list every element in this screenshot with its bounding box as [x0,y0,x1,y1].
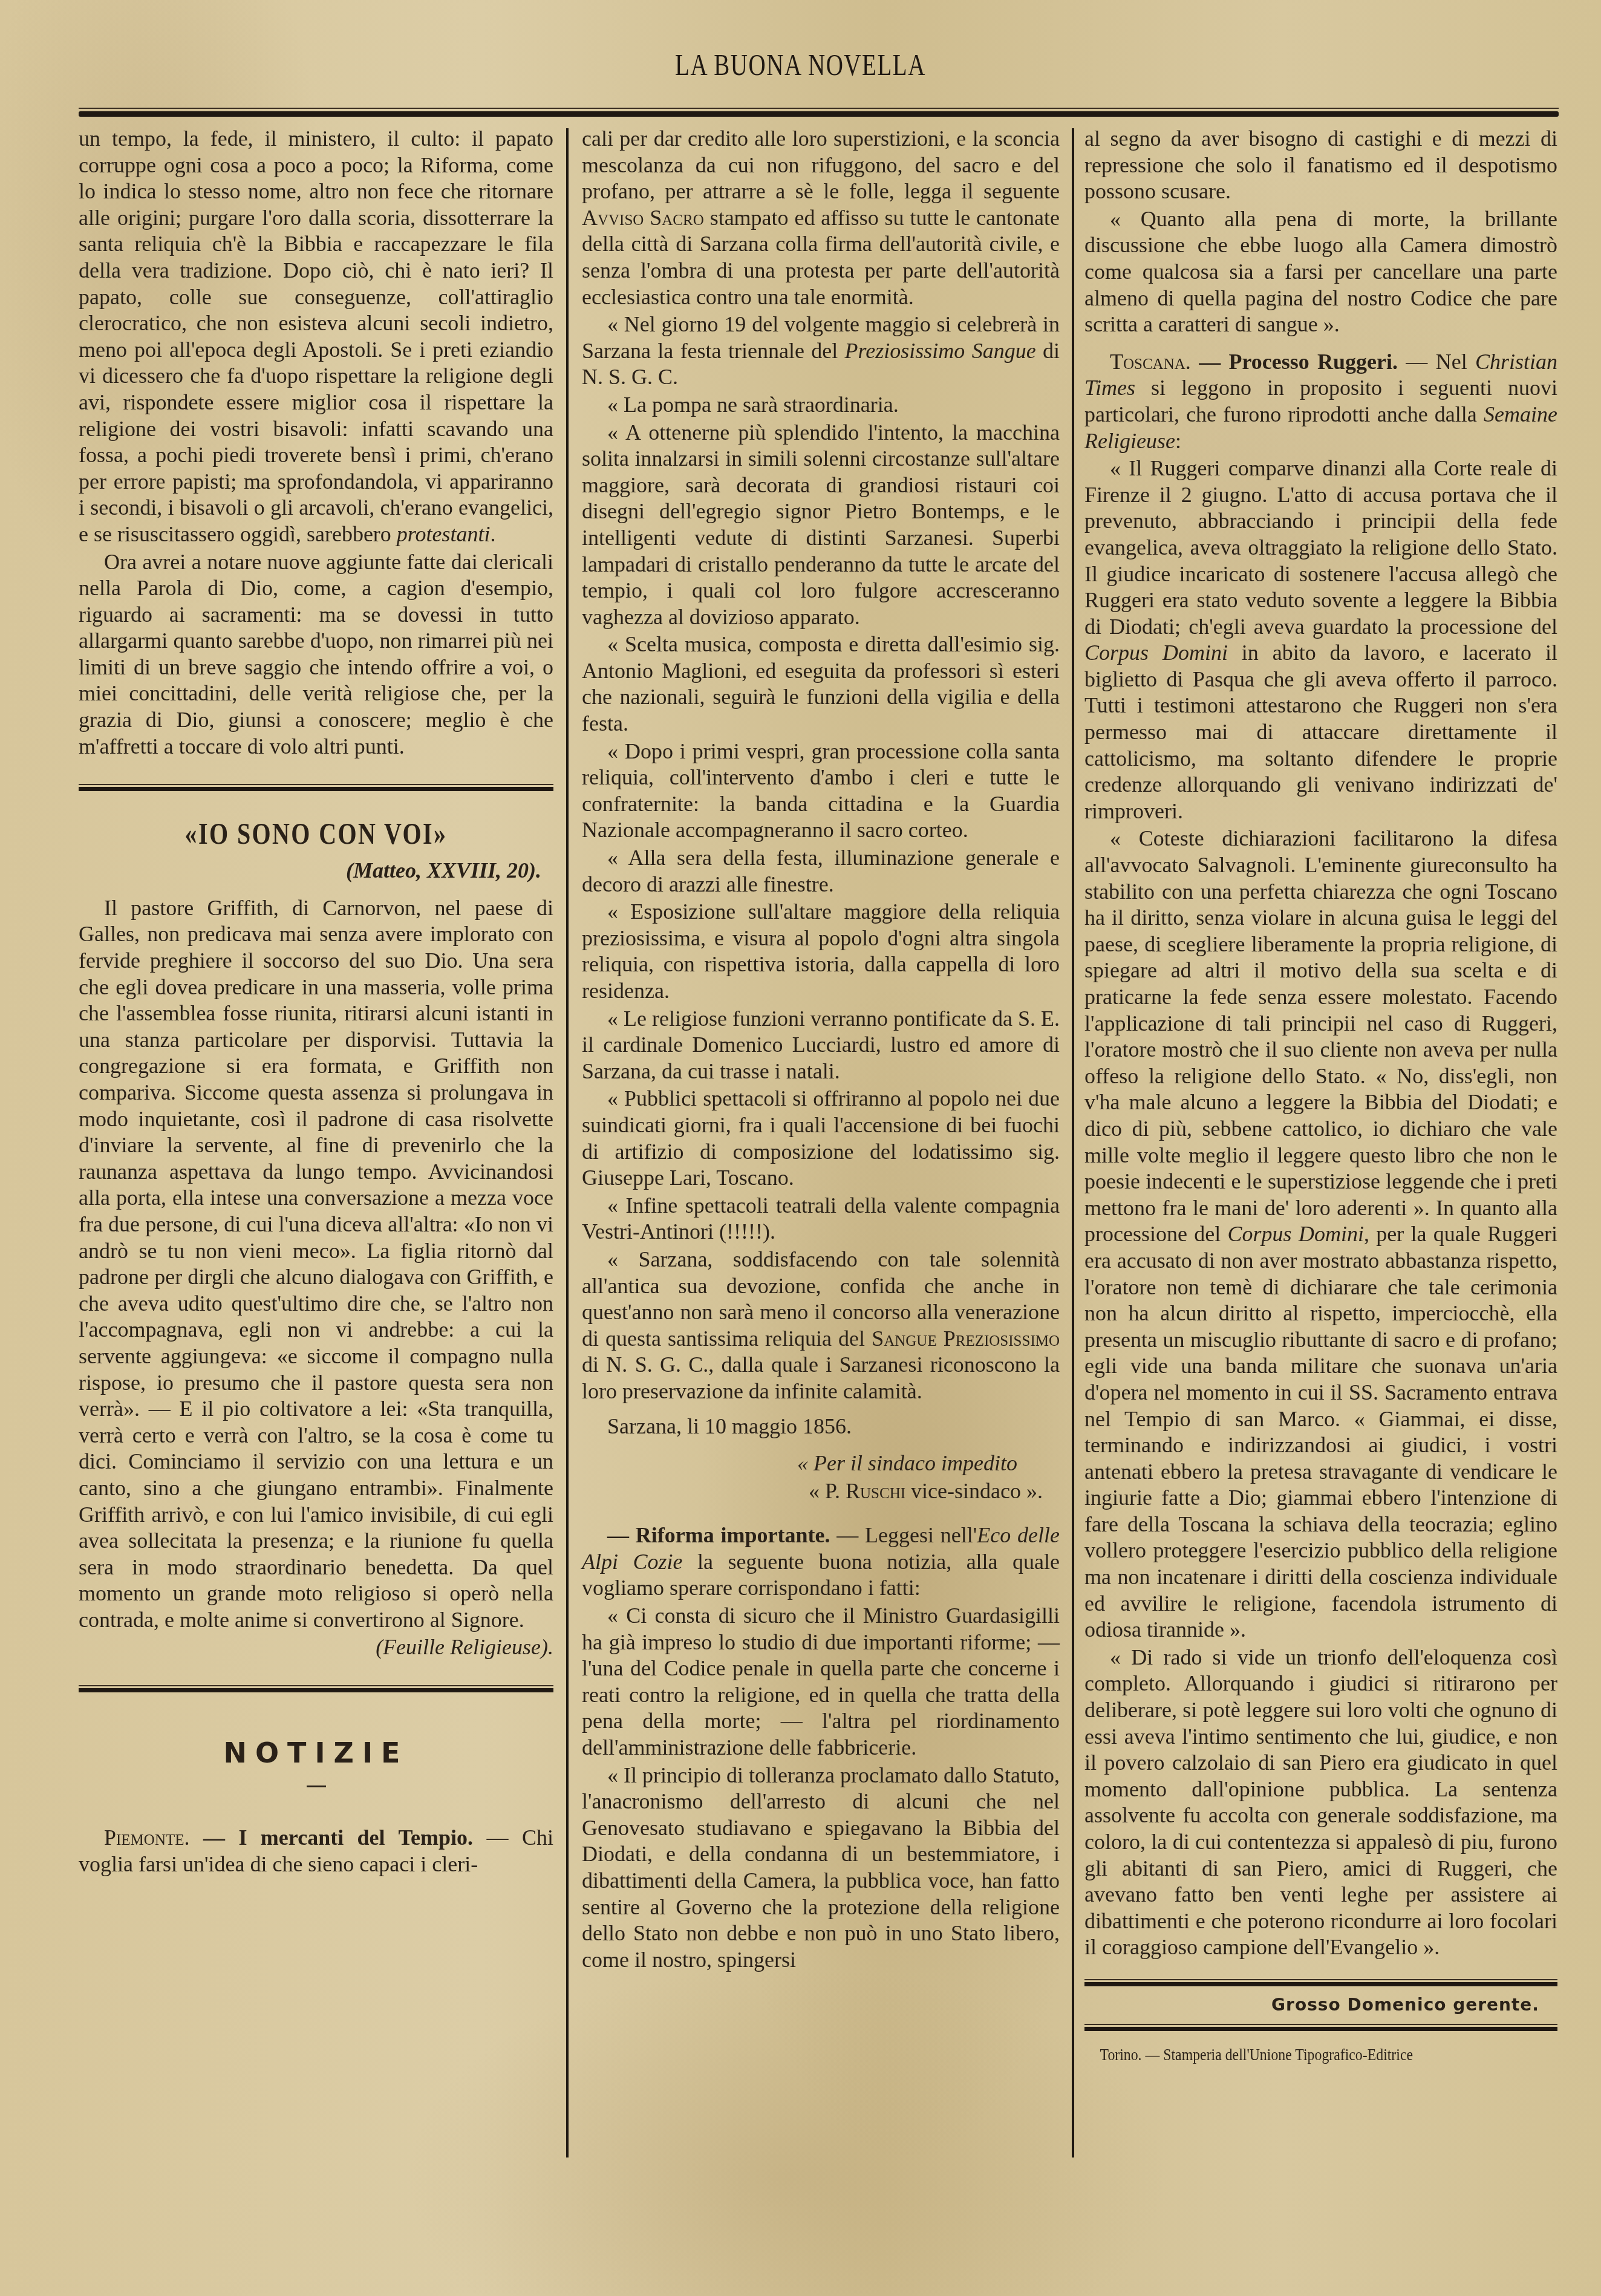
news-headline: — Riforma importante. [607,1523,830,1547]
quoted-paragraph: « Pubblici spettacoli si offriranno al p… [582,1086,1060,1191]
column-middle: cali per dar credito alle loro superstiz… [582,126,1060,1973]
quoted-paragraph: « Ci consta di sicuro che il Ministro Gu… [582,1603,1060,1761]
news-item-piemonte: Piemonte. — I mercanti del Tempio. — Chi… [79,1825,553,1877]
quoted-paragraph: « La pompa ne sarà straordinaria. [582,392,1060,419]
section-rule [79,1685,553,1692]
quoted-paragraph: « Di rado si vide un trionfo dell'eloque… [1084,1645,1557,1961]
column-divider-right [1072,128,1074,2157]
signoff-line-2: « P. Ruschi vice-sindaco ». [582,1478,1060,1505]
quoted-paragraph: « Infine spettacoli teatrali della valen… [582,1193,1060,1245]
signoff-line-1: « Per il sindaco impedito [582,1450,1060,1477]
quoted-paragraph: « Le religiose funzioni verranno pontifi… [582,1006,1060,1085]
article-body: Il pastore Griffith, di Carnorvon, nel p… [79,895,553,1634]
heading-dash [307,1786,326,1787]
article-source: (Feuille Religieuse). [376,1635,553,1659]
masthead-title: LA BUONA NOVELLA [176,47,1425,82]
section-rule [79,784,553,791]
news-headline: — I mercanti del Tempio. [203,1825,473,1850]
quoted-paragraph: « Dopo i primi vespri, gran processione … [582,739,1060,844]
column-right: al segno da aver bisogno di castighi e d… [1084,126,1557,2067]
news-headline: — Processo Ruggeri. [1199,350,1398,374]
news-region: Toscana. [1110,350,1191,374]
quoted-paragraph: « Esposizione sull'altare maggiore della… [582,899,1060,1004]
section-rule [1084,1979,1557,1986]
article-title: «IO SONO CON VOI» [126,815,506,852]
news-region: Piemonte. [104,1825,190,1850]
paragraph: al segno da aver bisogno di castighi e d… [1084,126,1557,205]
quoted-paragraph: « Il principio di tolleranza proclamato … [582,1763,1060,1974]
paragraph: cali per dar credito alle loro superstiz… [582,126,1060,310]
column-left: un tempo, la fede, il ministero, il cult… [79,126,553,1877]
column-divider-left [566,128,569,2157]
quoted-paragraph: « Coteste dichiarazioni facilitarono la … [1084,826,1557,1643]
quoted-paragraph: « Scelta musica, composta e diretta dall… [582,631,1060,737]
article-citation: (Matteo, XXVIII, 20). [79,858,553,884]
gerente-signature: Grosso Domenico gerente. [1084,1990,1557,2020]
quoted-paragraph: « Nel giorno 19 del volgente maggio si c… [582,311,1060,391]
article-source-line: (Feuille Religieuse). [79,1634,553,1661]
news-item-riforma: — Riforma importante. — Leggesi nell'Eco… [582,1522,1060,1602]
quoted-paragraph: « Quanto alla pena di morte, la brillant… [1084,206,1557,338]
quoted-paragraph: « Alla sera della festa, illuminazione g… [582,845,1060,898]
news-item-toscana: Toscana. — Processo Ruggeri. — Nel Chris… [1084,349,1557,454]
section-heading-notizie: NOTIZIE [79,1735,553,1771]
quoted-paragraph: « A ottenerne più splendido l'intento, l… [582,420,1060,631]
masthead-rule [79,108,1559,117]
dateline: Sarzana, li 10 maggio 1856. [582,1414,1060,1440]
section-rule [1084,2024,1557,2031]
printer-imprint: Torino. — Stamperia dell'Unione Tipograf… [1084,2043,1487,2067]
paragraph: Ora avrei a notare nuove aggiunte fatte … [79,549,553,760]
quoted-paragraph: « Il Ruggeri comparve dinanzi alla Corte… [1084,455,1557,824]
continued-paragraph: un tempo, la fede, il ministero, il cult… [79,126,553,548]
quoted-paragraph: « Sarzana, soddisfacendo con tale solenn… [582,1247,1060,1405]
